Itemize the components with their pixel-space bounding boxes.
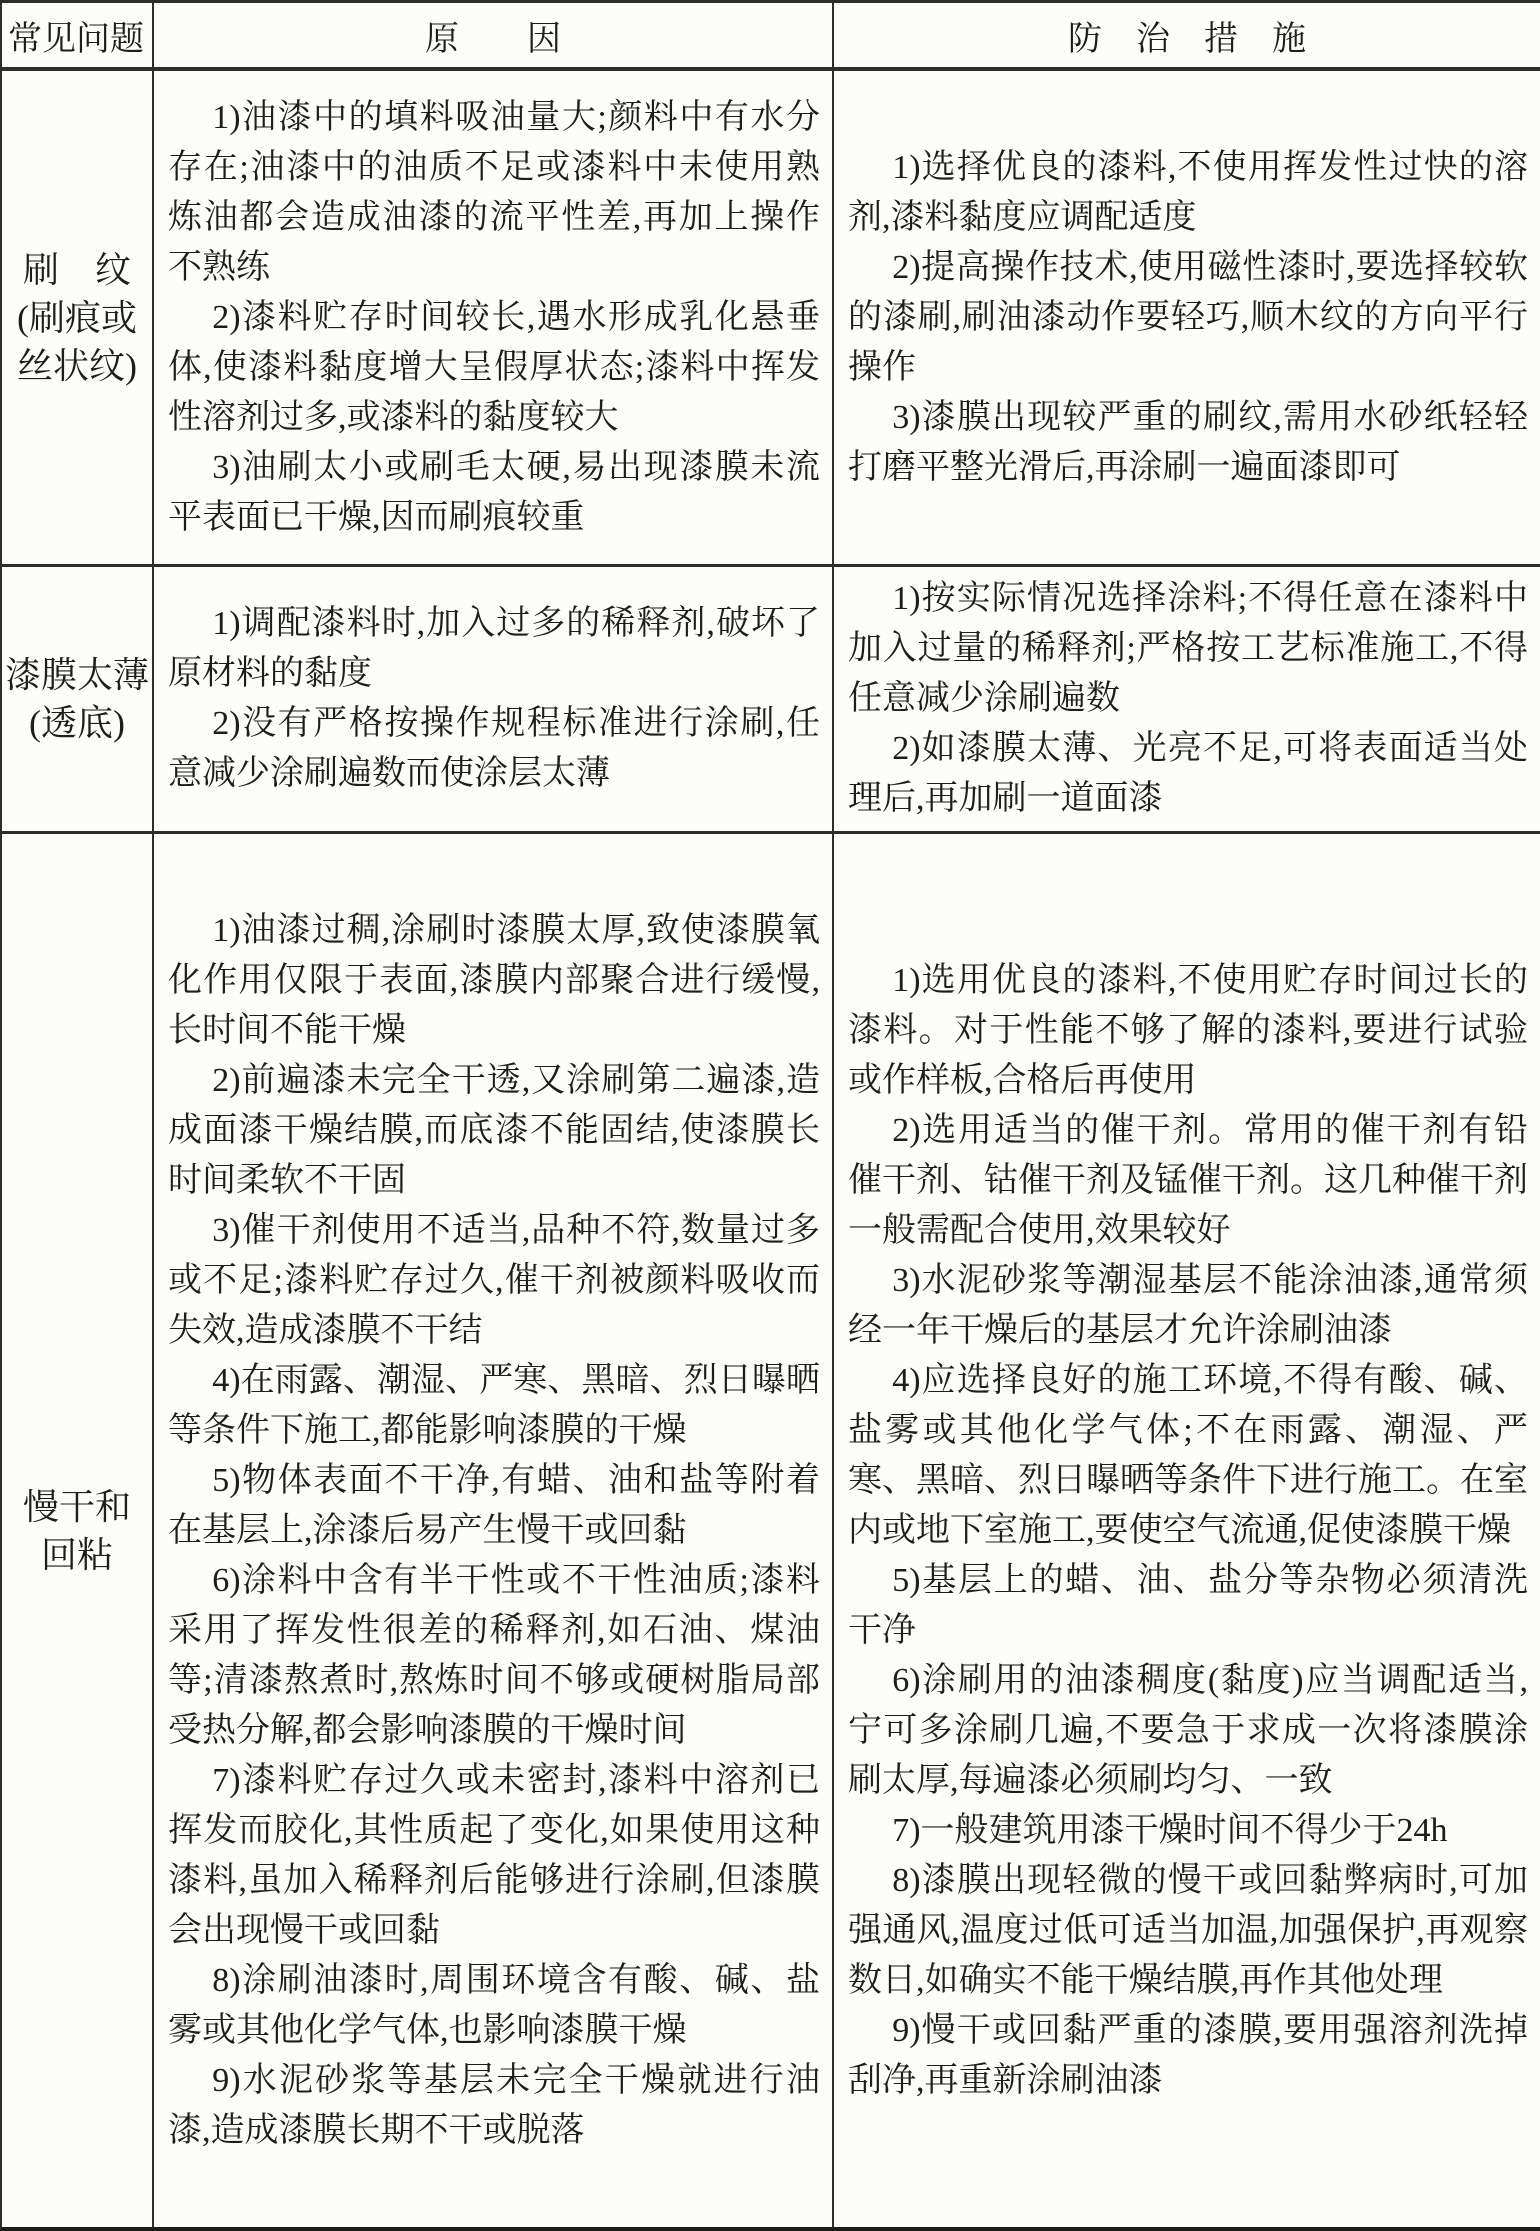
cause-paragraph: 2)没有严格按操作规程标准进行涂刷,任意减少涂刷遍数而使涂层太薄 — [168, 699, 820, 799]
problem-label-line: 漆膜太薄 — [5, 651, 149, 699]
problem-label-line: 回粘 — [41, 1531, 113, 1579]
cause-paragraph: 2)漆料贮存时间较长,遇水形成乳化悬垂体,使漆料黏度增大呈假厚状态;漆料中挥发性… — [168, 293, 820, 443]
cause-paragraph: 3)油刷太小或刷毛太硬,易出现漆膜未流平表面已干燥,因而刷痕较重 — [168, 443, 820, 543]
cause-paragraph: 1)油漆中的填料吸油量大;颜料中有水分存在;油漆中的油质不足或漆料中未使用熟炼油… — [168, 93, 820, 293]
problem-label-line: 慢干和 — [23, 1483, 131, 1531]
measure-paragraph: 3)漆膜出现较严重的刷纹,需用水砂纸轻轻打磨平整光滑后,再涂刷一遍面漆即可 — [848, 393, 1528, 493]
problem-label-line: 刷 纹 — [23, 246, 131, 294]
paint-defects-table: 常见问题 原 因 防 治 措 施 刷 纹(刷痕或丝状纹) 1)油漆中的填料吸油量… — [0, 0, 1540, 2231]
problem-cell-thin-film: 漆膜太薄(透底) — [2, 564, 152, 831]
measure-paragraph: 3)水泥砂浆等潮湿基层不能涂油漆,通常须经一年干燥后的基层才允许涂刷油漆 — [848, 1256, 1528, 1356]
cause-paragraph: 2)前遍漆未完全干透,又涂刷第二遍漆,造成面漆干燥结膜,而底漆不能固结,使漆膜长… — [168, 1056, 820, 1206]
measures-cell-slow-dry: 1)选用优良的漆料,不使用贮存时间过长的漆料。对于性能不够了解的漆料,要进行试验… — [832, 831, 1540, 2227]
problem-cell-slow-dry: 慢干和回粘 — [2, 831, 152, 2227]
cause-paragraph: 1)调配漆料时,加入过多的稀释剂,破坏了原材料的黏度 — [168, 599, 820, 699]
measure-paragraph: 2)如漆膜太薄、光亮不足,可将表面适当处理后,再加刷一道面漆 — [848, 724, 1528, 824]
measure-paragraph: 2)提高操作技术,使用磁性漆时,要选择较软的漆刷,刷油漆动作要轻巧,顺木纹的方向… — [848, 243, 1528, 393]
problem-label-line: 丝状纹) — [17, 342, 137, 390]
measure-paragraph: 1)选用优良的漆料,不使用贮存时间过长的漆料。对于性能不够了解的漆料,要进行试验… — [848, 956, 1528, 1106]
cause-paragraph: 6)涂料中含有半干性或不干性油质;漆料采用了挥发性很差的稀释剂,如石油、煤油等;… — [168, 1556, 820, 1756]
measures-cell-thin-film: 1)按实际情况选择涂料;不得任意在漆料中加入过量的稀释剂;严格按工艺标准施工,不… — [832, 564, 1540, 831]
problem-label-line: (刷痕或 — [17, 294, 137, 342]
cause-paragraph: 1)油漆过稠,涂刷时漆膜太厚,致使漆膜氧化作用仅限于表面,漆膜内部聚合进行缓慢,… — [168, 906, 820, 1056]
problem-label-line: (透底) — [29, 699, 125, 747]
causes-cell-thin-film: 1)调配漆料时,加入过多的稀释剂,破坏了原材料的黏度2)没有严格按操作规程标准进… — [152, 564, 832, 831]
causes-cell-slow-dry: 1)油漆过稠,涂刷时漆膜太厚,致使漆膜氧化作用仅限于表面,漆膜内部聚合进行缓慢,… — [152, 831, 832, 2227]
measure-paragraph: 1)选择优良的漆料,不使用挥发性过快的溶剂,漆料黏度应调配适度 — [848, 143, 1528, 243]
measure-paragraph: 7)一般建筑用漆干燥时间不得少于24h — [848, 1806, 1528, 1856]
measure-paragraph: 4)应选择良好的施工环境,不得有酸、碱、盐雾或其他化学气体;不在雨露、潮湿、严寒… — [848, 1356, 1528, 1556]
cause-paragraph: 9)水泥砂浆等基层未完全干燥就进行油漆,造成漆膜长期不干或脱落 — [168, 2056, 820, 2156]
causes-cell-brush-marks: 1)油漆中的填料吸油量大;颜料中有水分存在;油漆中的油质不足或漆料中未使用熟炼油… — [152, 67, 832, 564]
measure-paragraph: 8)漆膜出现轻微的慢干或回黏弊病时,可加强通风,温度过低可适当加温,加强保护,再… — [848, 1856, 1528, 2006]
measure-paragraph: 6)涂刷用的油漆稠度(黏度)应当调配适当,宁可多涂刷几遍,不要急于求成一次将漆膜… — [848, 1656, 1528, 1806]
cause-paragraph: 3)催干剂使用不适当,品种不符,数量过多或不足;漆料贮存过久,催干剂被颜料吸收而… — [168, 1206, 820, 1356]
header-measures: 防 治 措 施 — [832, 3, 1540, 67]
cause-paragraph: 8)涂刷油漆时,周围环境含有酸、碱、盐雾或其他化学气体,也影响漆膜干燥 — [168, 1956, 820, 2056]
cause-paragraph: 5)物体表面不干净,有蜡、油和盐等附着在基层上,涂漆后易产生慢干或回黏 — [168, 1456, 820, 1556]
measure-paragraph: 2)选用适当的催干剂。常用的催干剂有铅催干剂、钴催干剂及锰催干剂。这几种催干剂一… — [848, 1106, 1528, 1256]
measure-paragraph: 5)基层上的蜡、油、盐分等杂物必须清洗干净 — [848, 1556, 1528, 1656]
cause-paragraph: 4)在雨露、潮湿、严寒、黑暗、烈日曝晒等条件下施工,都能影响漆膜的干燥 — [168, 1356, 820, 1456]
measure-paragraph: 9)慢干或回黏严重的漆膜,要用强溶剂洗掉刮净,再重新涂刷油漆 — [848, 2006, 1528, 2106]
header-cause: 原 因 — [152, 3, 832, 67]
measure-paragraph: 1)按实际情况选择涂料;不得任意在漆料中加入过量的稀释剂;严格按工艺标准施工,不… — [848, 574, 1528, 724]
cause-paragraph: 7)漆料贮存过久或未密封,漆料中溶剂已挥发而胶化,其性质起了变化,如果使用这种漆… — [168, 1756, 820, 1956]
header-problem: 常见问题 — [2, 3, 152, 67]
problem-cell-brush-marks: 刷 纹(刷痕或丝状纹) — [2, 67, 152, 564]
measures-cell-brush-marks: 1)选择优良的漆料,不使用挥发性过快的溶剂,漆料黏度应调配适度2)提高操作技术,… — [832, 67, 1540, 564]
